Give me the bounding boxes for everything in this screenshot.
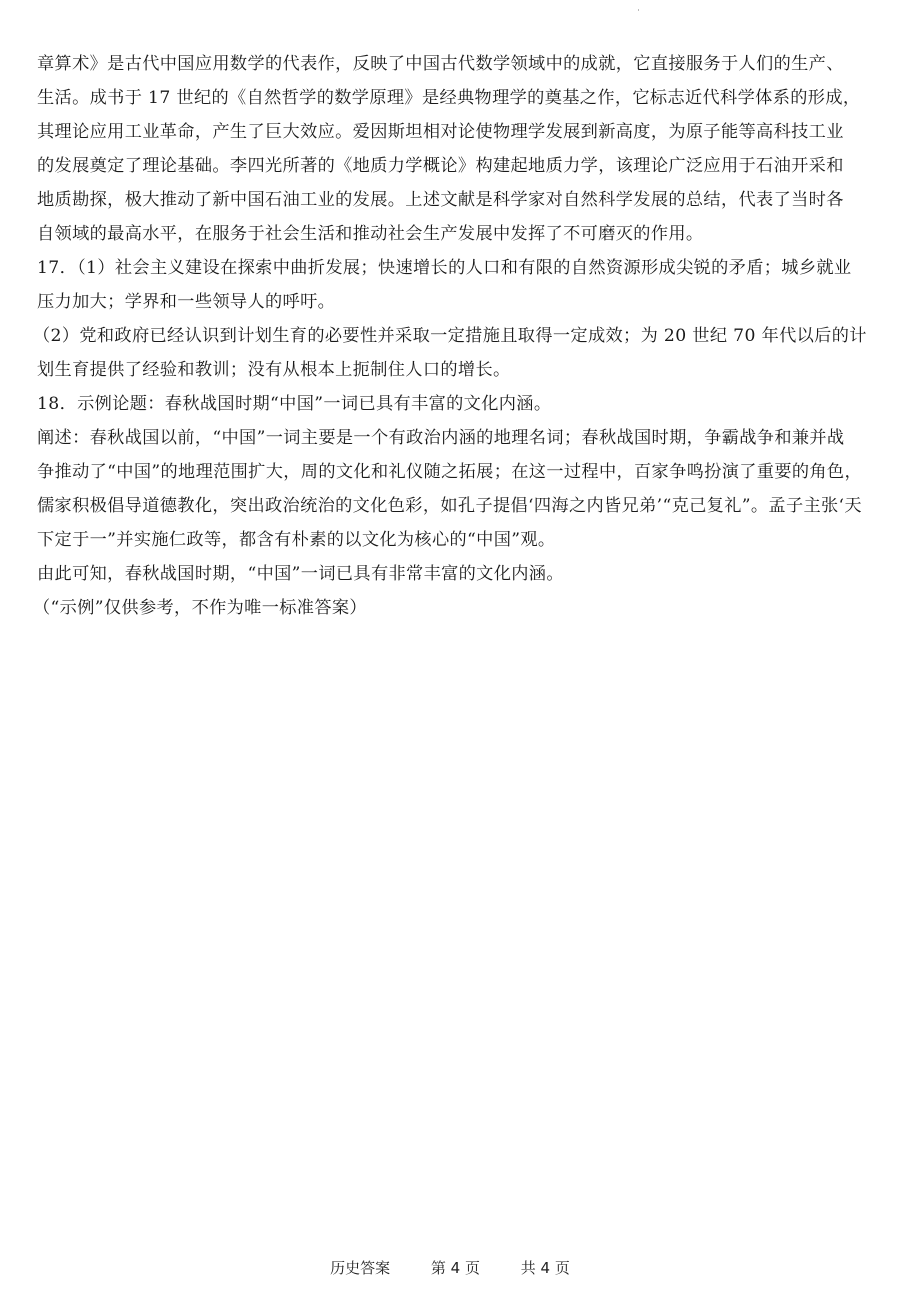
reference-note: （“示例”仅供参考，不作为唯一标准答案） [33, 591, 875, 625]
question-17-part-1: 17．（1）社会主义建设在探索中曲折发展；快速增长的人口和有限的自然资源形成尖锐… [37, 251, 875, 285]
text-line: 压力加大；学界和一些领导人的呼吁。 [37, 285, 875, 319]
text-line: 下定于一”并实施仁政等，都含有朴素的以文化为核心的“中国”观。 [37, 523, 875, 557]
question-18-conclusion: 由此可知，春秋战国时期，“中国”一词已具有非常丰富的文化内涵。 [37, 557, 875, 591]
text-line: 儒家积极倡导道德教化，突出政治统治的文化色彩，如孔子提倡‘四海之内皆兄弟’“克己… [37, 489, 875, 523]
text-line: 的发展奠定了理论基础。李四光所著的《地质力学概论》构建起地质力学，该理论广泛应用… [37, 149, 875, 183]
text-line: 争推动了“中国”的地理范围扩大，周的文化和礼仪随之拓展；在这一过程中，百家争鸣扮… [37, 455, 875, 489]
question-18-topic: 18．示例论题：春秋战国时期“中国”一词已具有丰富的文化内涵。 [37, 387, 875, 421]
text-line: 划生育提供了经验和教训；没有从根本上扼制住人口的增长。 [37, 353, 875, 387]
text-line: 其理论应用工业革命，产生了巨大效应。爱因斯坦相对论使物理学发展到新高度，为原子能… [37, 115, 875, 149]
footer-subject: 历史答案 [330, 1257, 390, 1278]
scan-speck [638, 9, 639, 11]
answer-document: 章算术》是古代中国应用数学的代表作，反映了中国古代数学领域中的成就，它直接服务于… [37, 47, 875, 625]
footer-page-total: 共 4 页 [521, 1257, 570, 1278]
question-18-elaboration: 阐述：春秋战国以前，“中国”一词主要是一个有政治内涵的地理名词；春秋战国时期，争… [37, 421, 875, 455]
text-line: 章算术》是古代中国应用数学的代表作，反映了中国古代数学领域中的成就，它直接服务于… [37, 47, 875, 81]
text-line: 自领域的最高水平，在服务于社会生活和推动社会生产发展中发挥了不可磨灭的作用。 [37, 217, 875, 251]
page-footer: 历史答案 第 4 页 共 4 页 [0, 1257, 900, 1278]
text-line: 生活。成书于 17 世纪的《自然哲学的数学原理》是经典物理学的奠基之作，它标志近… [37, 81, 875, 115]
text-line: 地质勘探，极大推动了新中国石油工业的发展。上述文献是科学家对自然科学发展的总结，… [37, 183, 875, 217]
footer-page-current: 第 4 页 [431, 1257, 480, 1278]
question-17-part-2: （2）党和政府已经认识到计划生育的必要性并采取一定措施且取得一定成效；为 20 … [33, 319, 875, 353]
